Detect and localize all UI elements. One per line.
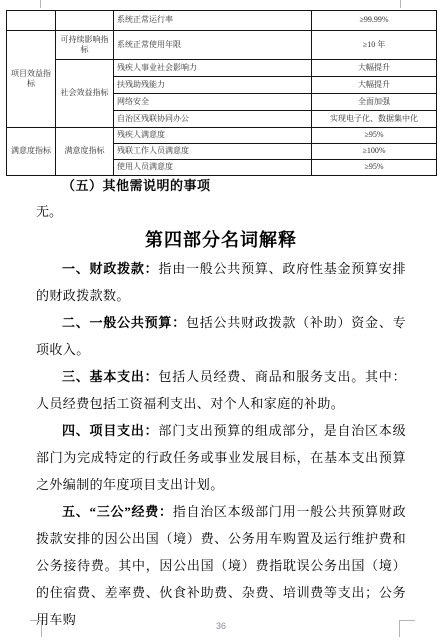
- cell-group-satisfaction: 满意度指标: [7, 128, 56, 176]
- cell-value: 大幅提升: [312, 60, 437, 77]
- margin-mark-top-left: [40, 0, 41, 8]
- table-row: 社会效益指标 残疾人事业社会影响力 大幅提升: [7, 60, 437, 77]
- performance-indicator-table: 系统正常运行率 ≥99.99% 项目效益指标 可持续影响指标 系统正常使用年限 …: [6, 10, 437, 176]
- heading-part4-title: 第四部分名词解释: [36, 225, 406, 255]
- cell-indicator: 系统正常运行率: [114, 11, 312, 31]
- glossary-term: 一、财政拨款：: [62, 261, 158, 276]
- none-text: 无。: [36, 198, 406, 225]
- glossary-term: 二、一般公共预算：: [62, 315, 186, 330]
- cell-group-project-benefit: 项目效益指标: [7, 31, 56, 128]
- glossary-item-basic-expenditure: 三、基本支出：包括人员经费、商品和服务支出。其中：人员经费包括工资福利支出、对个…: [36, 363, 406, 417]
- cell-indicator: 扶残助残能力: [114, 77, 312, 94]
- cell-value: ≥99.99%: [312, 11, 437, 31]
- cell-indicator: 自治区残联协同办公: [114, 111, 312, 128]
- glossary-term: 三、基本支出：: [62, 369, 158, 384]
- glossary-item-general-public-budget: 二、一般公共预算：包括公共财政拨款（补助）资金、专项收入。: [36, 309, 406, 363]
- cell-indicator: 残联工作人员满意度: [114, 144, 312, 160]
- cell-indicator: 残疾人事业社会影响力: [114, 60, 312, 77]
- cell-subgroup-satisfaction: 满意度指标: [56, 128, 114, 176]
- cell-indicator: 残疾人满意度: [114, 128, 312, 144]
- cell-indicator: 系统正常使用年限: [114, 31, 312, 60]
- cell-value: ≥95%: [312, 128, 437, 144]
- table-row: 系统正常运行率 ≥99.99%: [7, 11, 437, 31]
- cell-indicator: 网络安全: [114, 94, 312, 111]
- glossary-definition: 指自治区本级部门用一般公共预算财政拨款安排的因公出国（境）费、公务用车购置及运行…: [36, 504, 406, 627]
- table-row: 项目效益指标 可持续影响指标 系统正常使用年限 ≥10 年: [7, 31, 437, 60]
- cell-empty: [7, 11, 56, 31]
- cell-value: ≥10 年: [312, 31, 437, 60]
- table-row: 满意度指标 满意度指标 残疾人满意度 ≥95%: [7, 128, 437, 144]
- glossary-term: 四、项目支出：: [62, 423, 158, 438]
- glossary-item-three-public-funds: 五、“三公”经费：指自治区本级部门用一般公共预算财政拨款安排的因公出国（境）费、…: [36, 498, 406, 633]
- glossary-term: 五、“三公”经费：: [62, 504, 173, 519]
- margin-mark-top-right: [400, 0, 401, 8]
- heading-other-notes: （五）其他需说明的事项: [36, 173, 406, 198]
- page-number: 36: [0, 621, 442, 631]
- glossary-item-project-expenditure: 四、项目支出：部门支出预算的组成部分，是自治区本级部门为完成特定的行政任务或事业…: [36, 417, 406, 498]
- cell-value: 全面加强: [312, 94, 437, 111]
- glossary-item-fiscal-appropriation: 一、财政拨款：指由一般公共预算、政府性基金预算安排的财政拨款数。: [36, 255, 406, 309]
- cell-value: 大幅提升: [312, 77, 437, 94]
- cell-value: 实现电子化、数据集中化: [312, 111, 437, 128]
- cell-subgroup-sustain: 可持续影响指标: [56, 31, 114, 60]
- document-body: （五）其他需说明的事项 无。 第四部分名词解释 一、财政拨款：指由一般公共预算、…: [36, 173, 406, 633]
- cell-subgroup-social: 社会效益指标: [56, 60, 114, 128]
- cell-empty: [56, 11, 114, 31]
- cell-value: ≥100%: [312, 144, 437, 160]
